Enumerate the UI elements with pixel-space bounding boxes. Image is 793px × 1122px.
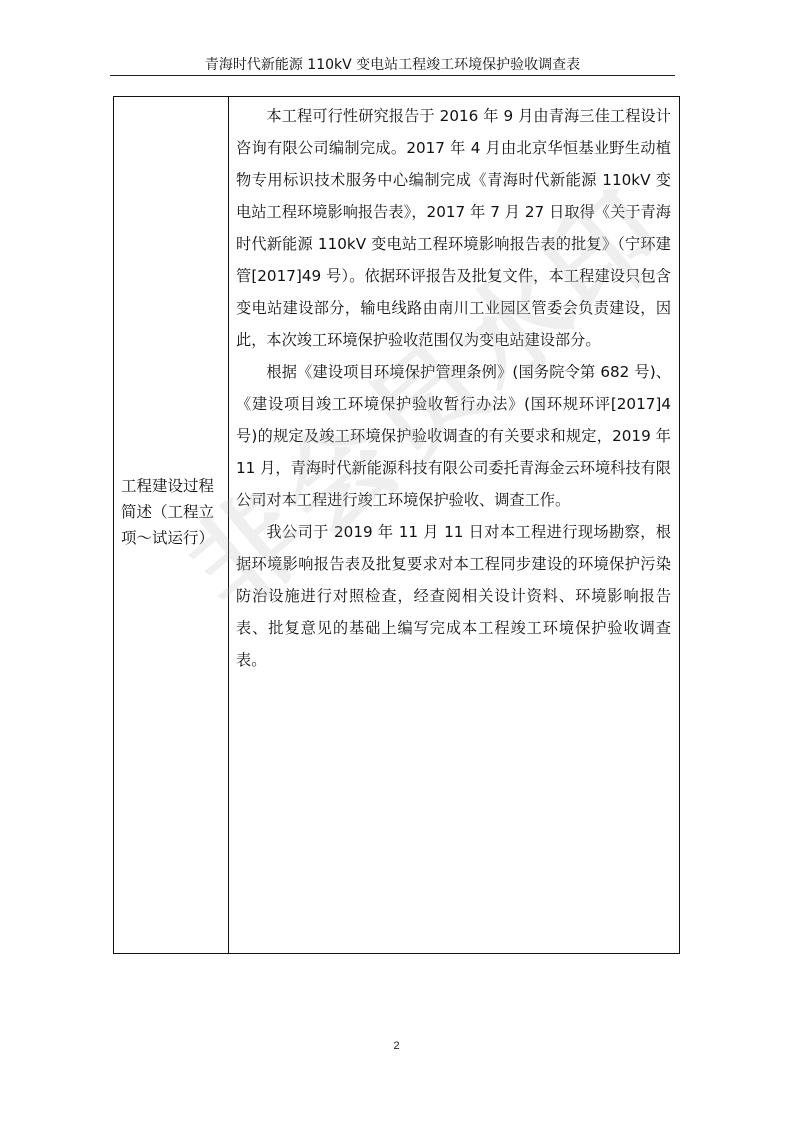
project-process-table: 工程建设过程简述（工程立项～试运行） 本工程可行性研究报告于 2016 年 9 … xyxy=(113,96,680,954)
row-label-cell: 工程建设过程简述（工程立项～试运行） xyxy=(114,97,229,953)
paragraph-site-survey: 我公司于 2019 年 11 月 11 日对本工程进行现场勘察，根据环境影响报告… xyxy=(236,516,671,676)
row-content-cell: 本工程可行性研究报告于 2016 年 9 月由青海三佳工程设计咨询有限公司编制完… xyxy=(229,97,679,953)
paragraph-feasibility-eia: 本工程可行性研究报告于 2016 年 9 月由青海三佳工程设计咨询有限公司编制完… xyxy=(236,100,671,356)
paragraph-regulations-commission: 根据《建设项目环境保护管理条例》(国务院令第 682 号)、《建设项目竣工环境保… xyxy=(236,356,671,516)
page-header-title: 青海时代新能源 110kV 变电站工程竣工环境保护验收调查表 xyxy=(110,56,675,76)
row-label: 工程建设过程简述（工程立项～试运行） xyxy=(121,473,225,551)
page-number: 2 xyxy=(0,1040,793,1052)
